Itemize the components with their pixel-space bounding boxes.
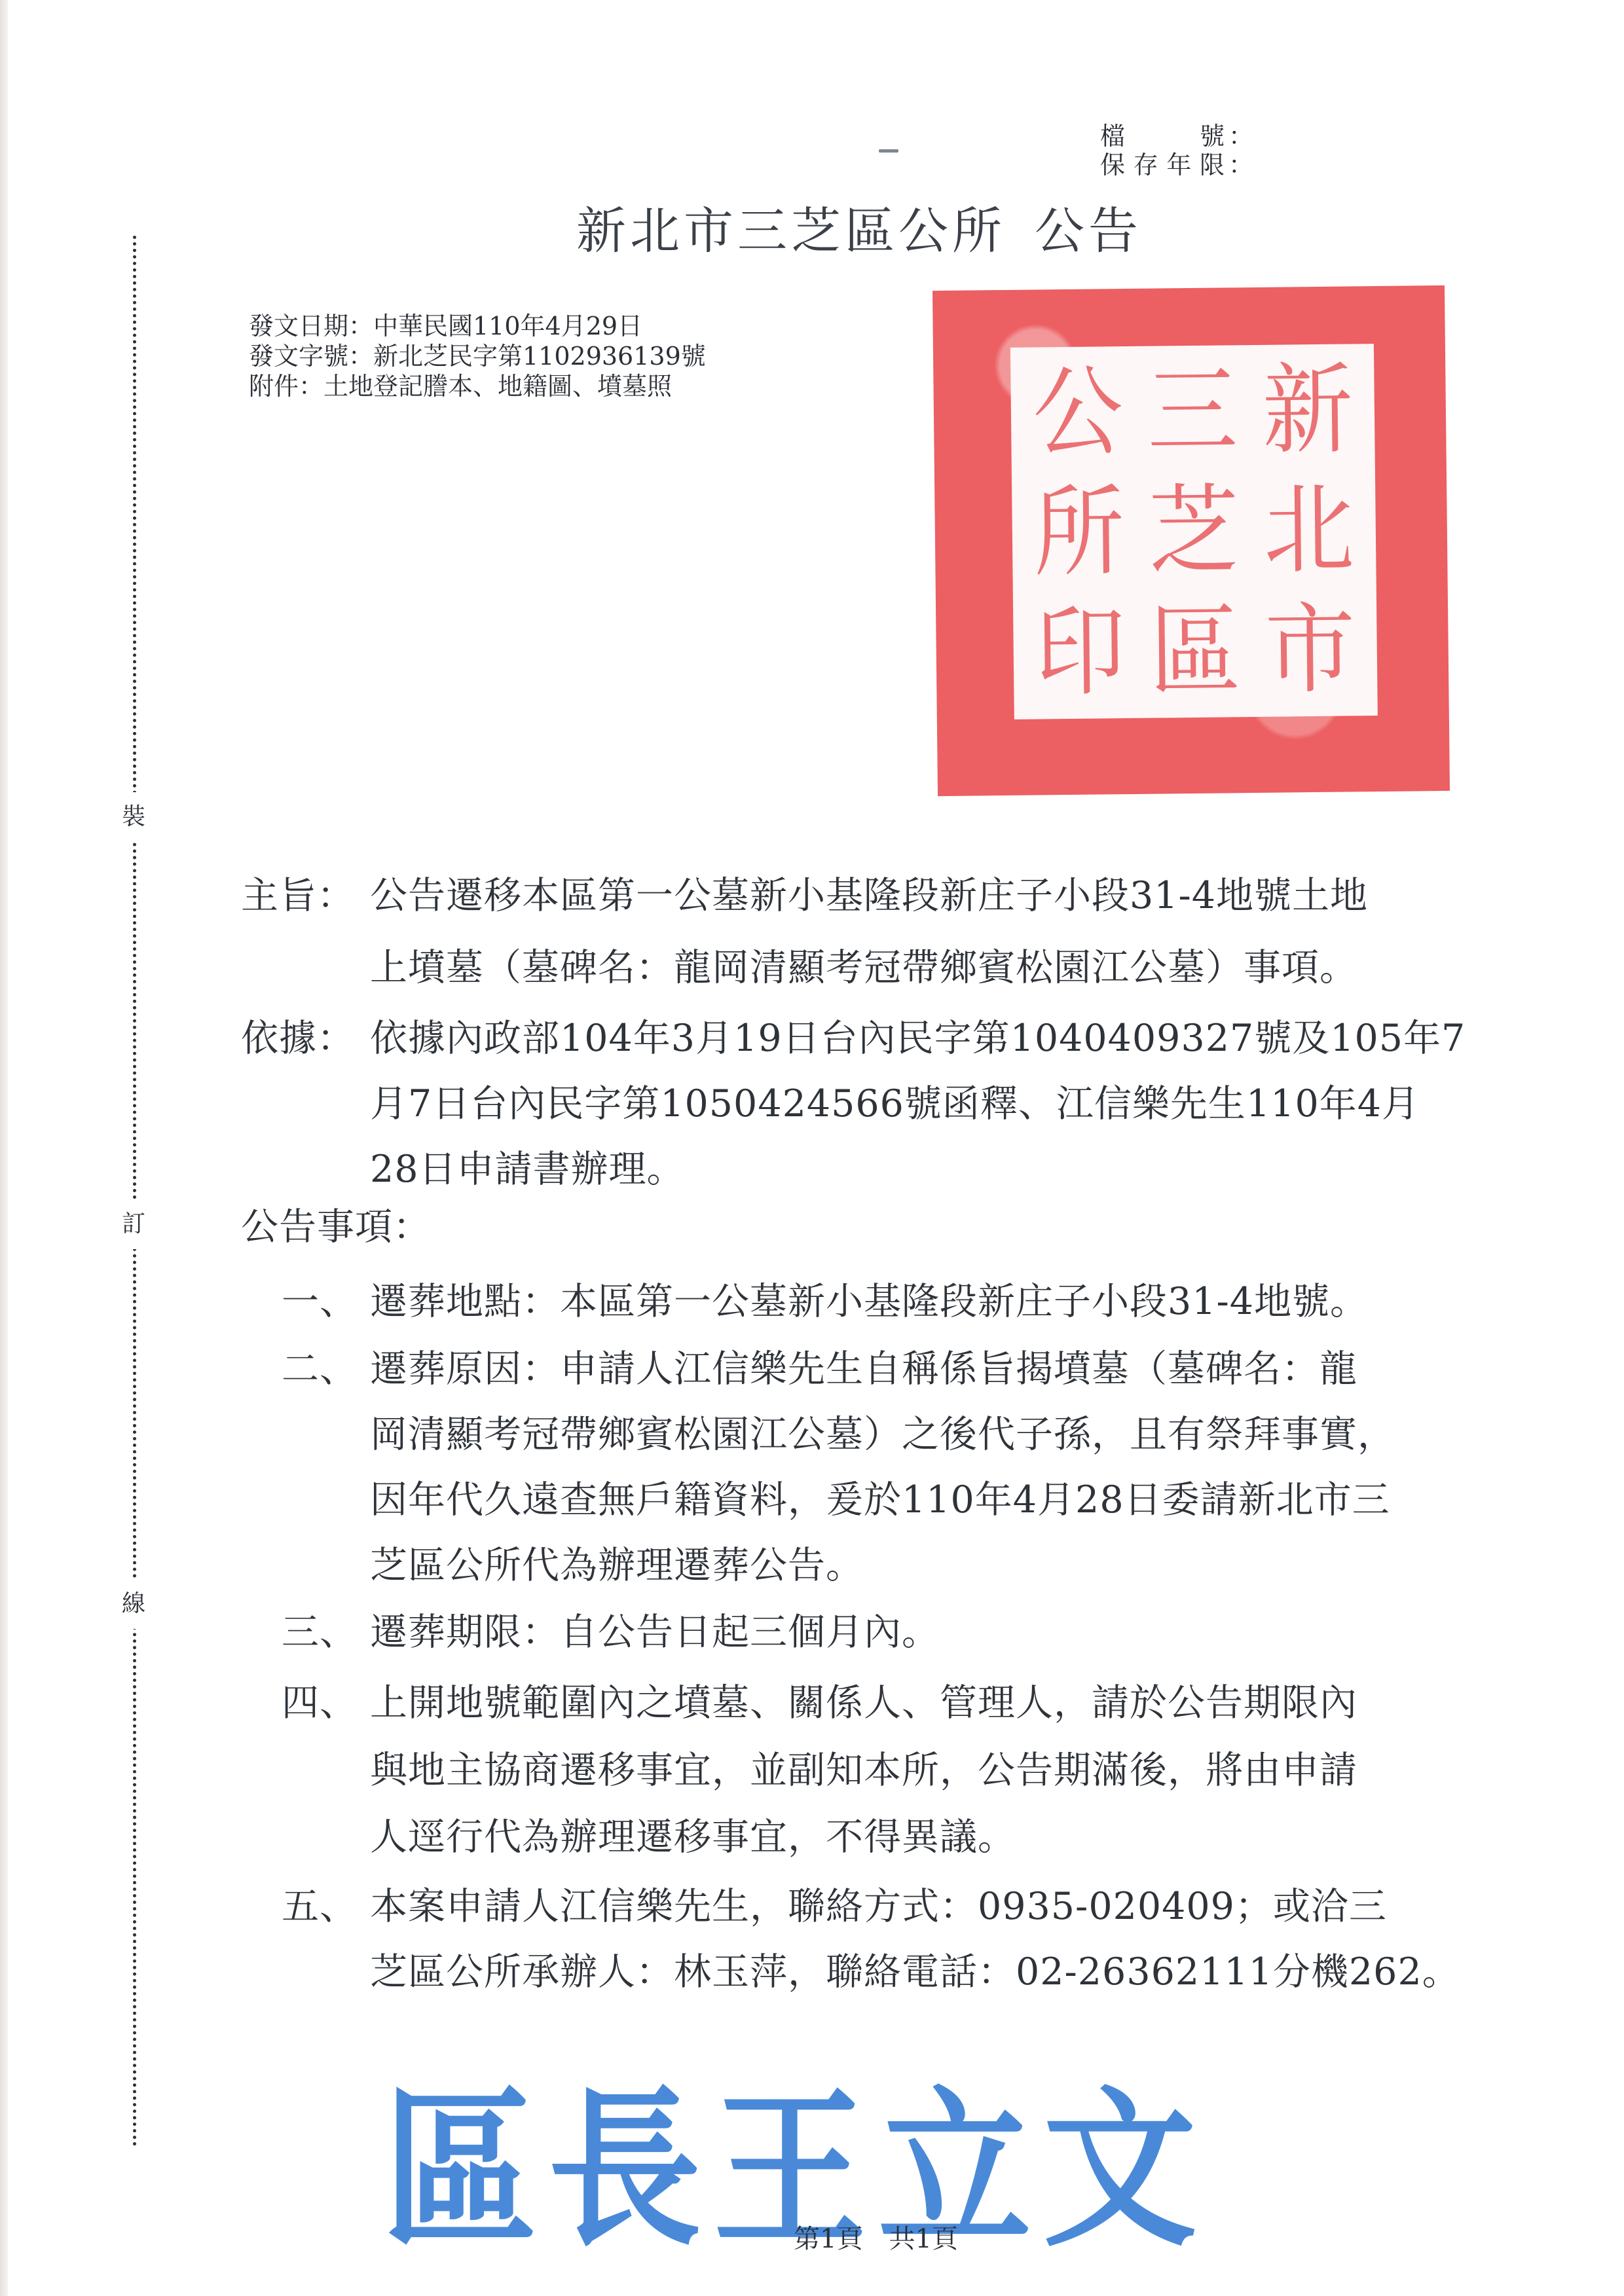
issue-date: 發文日期：中華民國110年4月29日 xyxy=(249,311,706,341)
item-number: 五、 xyxy=(282,1876,358,1930)
seal-face: 新 北 市 三 芝 區 公 所 印 xyxy=(1010,344,1378,720)
file-number-field: 檔 號： xyxy=(1100,122,1253,151)
page-number: 第1頁共1頁 xyxy=(794,2218,958,2255)
item-number: 二、 xyxy=(282,1339,358,1393)
title-doc-type: 公告 xyxy=(1035,202,1142,260)
item-line: 遷葬期限：自公告日起三個月內。 xyxy=(370,1602,940,1656)
item-number: 一、 xyxy=(282,1271,358,1325)
subject-label: 主旨： xyxy=(241,866,355,919)
seal-column-right: 新 北 市 xyxy=(1258,350,1360,710)
basis-label: 依據： xyxy=(241,1008,355,1062)
attachments: 附件：土地登記謄本、地籍圖、墳墓照 xyxy=(249,371,706,401)
seal-column-middle: 三 芝 區 xyxy=(1143,352,1245,712)
binding-line xyxy=(133,236,136,2147)
page-current: 第1頁 xyxy=(794,2224,862,2254)
item-line: 本案申請人江信樂先生，聯絡方式：0935-020409；或洽三 xyxy=(370,1876,1387,1930)
item-line: 岡清顯考冠帶鄉賓松園江公墓）之後代子孫，且有祭拜事實， xyxy=(370,1404,1395,1458)
scan-smudge xyxy=(879,149,898,153)
issue-number: 發文字號：新北芝民字第1102936139號 xyxy=(249,341,706,371)
retention-label: 保存年限 xyxy=(1100,151,1225,179)
page-title: 新北市三芝區公所公告 xyxy=(576,191,1142,263)
retention-field: 保存年限： xyxy=(1100,151,1253,179)
page-total: 共1頁 xyxy=(889,2224,957,2254)
basis-line: 依據內政部104年3月19日台內民字第1040409327號及105年7 xyxy=(370,1008,1466,1062)
subject-line: 上墳墓（墓碑名：龍岡清顯考冠帶鄉賓松園江公墓）事項。 xyxy=(370,938,1357,991)
archive-fields: 檔 號： 保存年限： xyxy=(1100,122,1253,179)
item-line: 與地主協商遷移事宜，並副知本所，公告期滿後，將由申請 xyxy=(370,1740,1357,1794)
official-seal: 新 北 市 三 芝 區 公 所 印 xyxy=(932,285,1450,796)
item-number: 四、 xyxy=(282,1673,358,1726)
binding-label-zhuang: 裝 xyxy=(122,792,145,842)
basis-line: 月7日台內民字第1050424566號函釋、江信樂先生110年4月 xyxy=(370,1074,1420,1127)
subject-line: 公告遷移本區第一公墓新小基隆段新庄子小段31-4地號土地 xyxy=(370,866,1368,919)
item-line: 芝區公所承辦人：林玉萍，聯絡電話：02-26362111分機262。 xyxy=(370,1942,1460,1995)
document-meta: 發文日期：中華民國110年4月29日 發文字號：新北芝民字第1102936139… xyxy=(249,311,706,401)
item-line: 人逕行代為辦理遷移事宜，不得異議。 xyxy=(370,1807,1016,1861)
file-number-label: 檔 號 xyxy=(1100,122,1225,151)
seal-column-left: 公 所 印 xyxy=(1028,353,1130,713)
item-line: 芝區公所代為辦理遷葬公告。 xyxy=(370,1535,864,1589)
notice-heading: 公告事項： xyxy=(241,1197,431,1250)
item-number: 三、 xyxy=(282,1602,358,1656)
scan-edge xyxy=(0,0,8,2296)
item-line: 上開地號範圍內之墳墓、關係人、管理人，請於公告期限內 xyxy=(370,1673,1357,1726)
binding-label-ding: 訂 xyxy=(122,1199,145,1249)
item-line: 因年代久遠查無戶籍資料，爰於110年4月28日委請新北市三 xyxy=(370,1470,1390,1523)
title-agency: 新北市三芝區公所 xyxy=(576,202,1006,260)
item-line: 遷葬地點：本區第一公墓新小基隆段新庄子小段31-4地號。 xyxy=(370,1271,1368,1325)
basis-line: 28日申請書辦理。 xyxy=(370,1139,685,1193)
binding-label-xian: 線 xyxy=(122,1579,145,1629)
item-line: 遷葬原因：申請人江信樂先生自稱係旨揭墳墓（墓碑名：龍 xyxy=(370,1339,1357,1393)
